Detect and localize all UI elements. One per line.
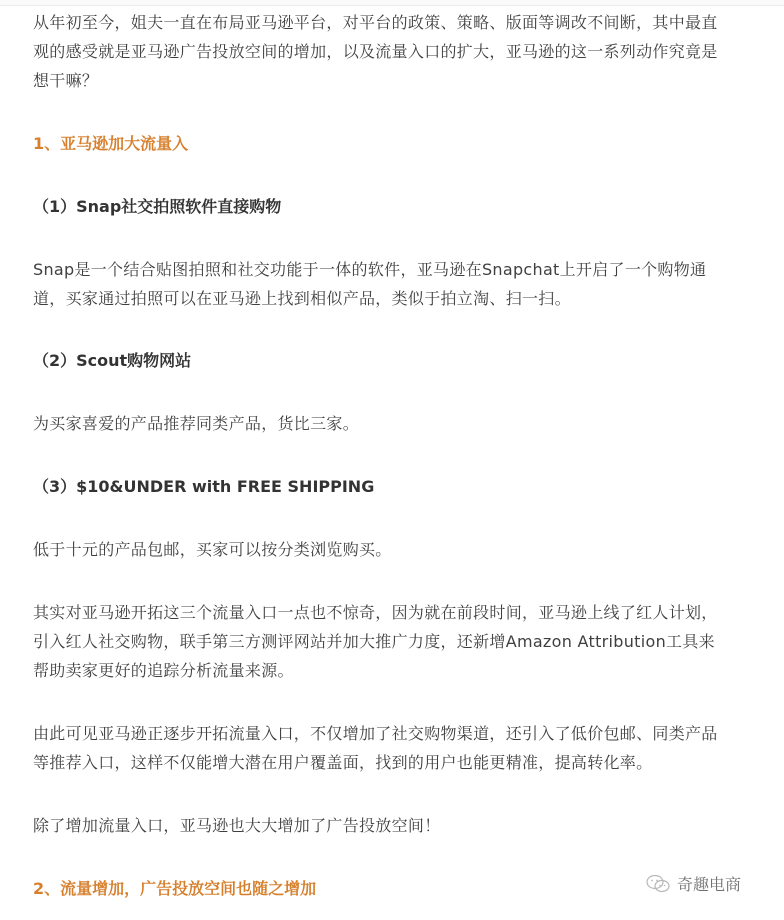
sub3-heading: （3）$10&UNDER with FREE SHIPPING (33, 472, 723, 501)
article-body: 从年初至今，姐夫一直在布局亚马逊平台，对平台的政策、策略、版面等调改不间断，其中… (33, 8, 723, 903)
sub1-paragraph: Snap是一个结合贴图拍照和社交功能于一体的软件，亚马逊在Snapchat上开启… (33, 255, 723, 313)
transition-paragraph: 除了增加流量入口，亚马逊也大大增加了广告投放空间！ (33, 811, 723, 840)
reason-paragraph: 其实对亚马逊开拓这三个流量入口一点也不惊奇，因为就在前段时间，亚马逊上线了红人计… (33, 598, 723, 685)
conclusion-paragraph: 由此可见亚马逊正逐步开拓流量入口，不仅增加了社交购物渠道，还引入了低价包邮、同类… (33, 719, 723, 777)
section2-heading: 2、流量增加，广告投放空间也随之增加 (33, 874, 723, 903)
sub2-paragraph: 为买家喜爱的产品推荐同类产品，货比三家。 (33, 409, 723, 438)
watermark: 奇趣电商 (645, 872, 741, 895)
sub3-paragraph: 低于十元的产品包邮，买家可以按分类浏览购买。 (33, 535, 723, 564)
sub2-heading: （2）Scout购物网站 (33, 346, 723, 375)
top-divider (0, 0, 784, 6)
sub1-heading: （1）Snap社交拍照软件直接购物 (33, 192, 723, 221)
intro-paragraph: 从年初至今，姐夫一直在布局亚马逊平台，对平台的政策、策略、版面等调改不间断，其中… (33, 8, 723, 95)
watermark-label: 奇趣电商 (677, 872, 741, 895)
section1-heading: 1、亚马逊加大流量入 (33, 129, 723, 158)
wechat-icon (645, 873, 671, 895)
